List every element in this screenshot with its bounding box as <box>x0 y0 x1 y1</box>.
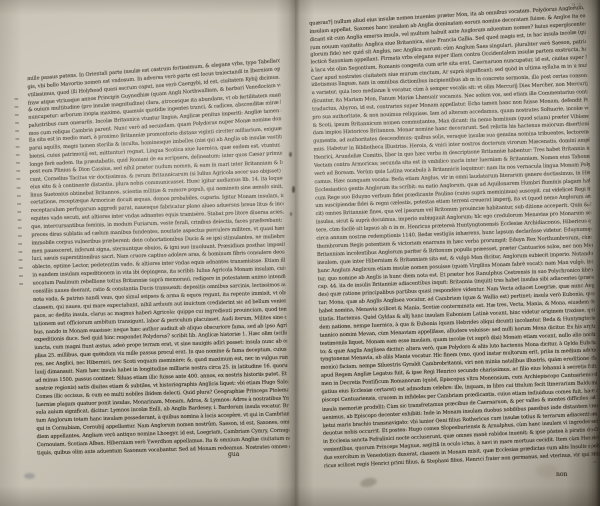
margin-quote-mark: = <box>13 144 22 152</box>
margin-quote-mark: = <box>16 257 25 265</box>
margin-quote-mark: = <box>15 241 24 249</box>
left-page-catchword: gua <box>228 451 239 458</box>
margin-quote-mark: = <box>14 176 23 184</box>
margin-quote-mark: = <box>16 273 25 281</box>
margin-quote-mark: „ <box>587 335 597 343</box>
margin-quote-mark: = <box>12 128 21 136</box>
fore-edge-highlight <box>590 0 592 506</box>
book-photo: mille passus patens. In Orientali parte … <box>0 0 600 506</box>
left-page-text-block: mille passus patens. In Orientali parte … <box>27 62 290 457</box>
margin-quote-mark: = <box>14 209 23 217</box>
margin-quote-mark: „ <box>587 351 597 359</box>
margin-quote-mark: = <box>15 225 24 233</box>
margin-quote-mark: = <box>13 152 22 160</box>
paper-stain <box>24 473 35 479</box>
margin-quote-mark: „ <box>584 174 594 182</box>
margin-quote-mark: „ <box>584 182 594 190</box>
gutter-ink-speck <box>292 186 295 193</box>
margin-quote-mark: = <box>15 233 24 241</box>
paper-foxing-stain <box>536 464 558 478</box>
margin-quote-mark: „ <box>587 343 597 351</box>
margin-quote-mark: = <box>14 192 23 200</box>
margin-quote-mark: = <box>13 160 22 168</box>
left-margin-quote-marks: ======================== <box>11 96 25 289</box>
paper-stain <box>359 476 377 488</box>
folio-page-number: 33 <box>571 2 583 11</box>
margin-quote-mark: = <box>15 217 24 225</box>
gutter-ink-speck <box>290 212 292 216</box>
margin-quote-mark: = <box>16 281 25 289</box>
margin-quote-mark: = <box>11 96 20 104</box>
right-page-text-block: quæras?] nullum aliud eius insulæ nomen … <box>309 7 600 470</box>
margin-quote-mark: = <box>13 136 22 144</box>
margin-quote-mark: = <box>12 120 21 128</box>
right-page-catchword: non <box>556 471 567 478</box>
gutter-ink-speck <box>289 152 292 157</box>
margin-quote-mark: = <box>14 184 23 192</box>
margin-quote-mark: = <box>13 168 22 176</box>
margin-quote-mark: = <box>14 200 23 208</box>
margin-quote-mark: = <box>16 265 25 273</box>
margin-quote-mark: = <box>12 112 21 120</box>
margin-quote-mark: = <box>15 249 24 257</box>
margin-quote-mark: „ <box>583 166 593 174</box>
margin-quote-mark: = <box>12 104 21 112</box>
